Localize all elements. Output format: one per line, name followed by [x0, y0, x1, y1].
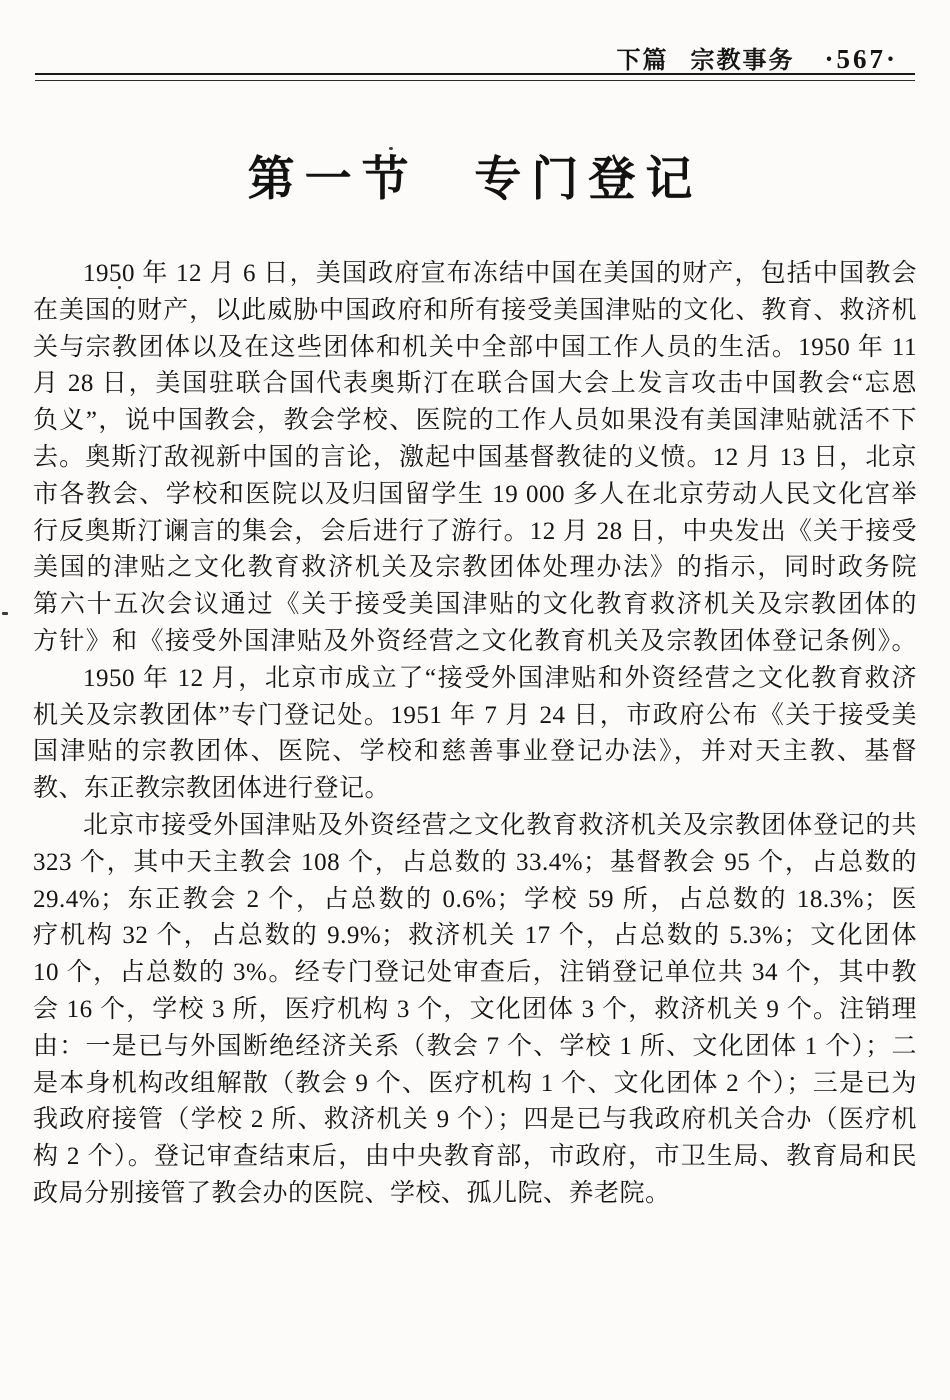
- text-line: 市各教会、学校和医院以及归国留学生 19 000 多人在北京劳动人民文化宫举: [33, 477, 917, 514]
- section-title-number: 第一节: [248, 154, 419, 206]
- text-line: 机关及宗教团体”专门登记处。1951 年 7 月 24 日，市政府公布《关于接受…: [33, 698, 917, 735]
- header-rule: [35, 73, 915, 81]
- text-line: 构 2 个）。登记审查结束后，由中央教育部，市政府，市卫生局、教育局和民: [33, 1139, 917, 1176]
- header-part-label: 下篇: [616, 40, 668, 75]
- text-line: 由：一是已与外国断绝经济关系（教会 7 个、学校 1 所、文化团体 1 个）；二: [33, 1029, 917, 1066]
- section-title: 第一节 专门登记: [0, 142, 950, 209]
- text-line: 关与宗教团体以及在这些团体和机关中全部中国工作人员的生活。1950 年 11: [33, 330, 917, 367]
- text-line: 会 16 个，学校 3 所，医疗机构 3 个，文化团体 3 个，救济机关 9 个…: [33, 992, 917, 1029]
- text-line: 是本身机构改组解散（教会 9 个、医疗机构 1 个、文化团体 2 个）；三是已为: [33, 1066, 917, 1103]
- text-line: 疗机构 32 个，占总数的 9.9%；救济机关 17 个，占总数的 5.3%；文…: [33, 918, 917, 955]
- book-page: 下篇 宗教事务 ·567· 第一节 专门登记 1950 年 12 月 6 日，美…: [0, 0, 950, 1400]
- text-line: 教、东正教宗教团体进行登记。: [33, 771, 917, 808]
- text-line: 1950 年 12 月，北京市成立了“接受外国津贴和外资经营之文化教育救济: [33, 661, 917, 698]
- text-line: 行反奥斯汀谰言的集会，会后进行了游行。12 月 28 日，中央发出《关于接受: [33, 514, 917, 551]
- section-title-text: 专门登记: [474, 154, 702, 206]
- header-page-number: ·567·: [824, 44, 898, 75]
- text-line: 29.4%；东正教会 2 个，占总数的 0.6%；学校 59 所，占总数的 18…: [33, 882, 917, 919]
- scan-speck: [118, 286, 121, 289]
- text-line: 第六十五次会议通过《关于接受美国津贴的文化教育救济机关及宗教团体的: [33, 587, 917, 624]
- scan-speck: [389, 147, 393, 150]
- text-line: 323 个，其中天主教会 108 个，占总数的 33.4%；基督教会 95 个，…: [33, 845, 917, 882]
- body-text: 1950 年 12 月 6 日，美国政府宣布冻结中国在美国的财产，包括中国教会 …: [33, 256, 917, 1213]
- text-line: 在美国的财产，以此威胁中国政府和所有接受美国津贴的文化、教育、救济机: [33, 293, 917, 330]
- header-section-label: 宗教事务: [690, 40, 794, 75]
- scan-speck: [2, 612, 8, 615]
- text-line: 1950 年 12 月 6 日，美国政府宣布冻结中国在美国的财产，包括中国教会: [33, 256, 917, 293]
- text-line: 去。奥斯汀敌视新中国的言论，激起中国基督教徒的义愤。12 月 13 日，北京: [33, 440, 917, 477]
- text-line: 美国的津贴之文化教育救济机关及宗教团体处理办法》的指示，同时政务院: [33, 550, 917, 587]
- text-line: 北京市接受外国津贴及外资经营之文化教育救济机关及宗教团体登记的共: [33, 808, 917, 845]
- text-line: 我政府接管（学校 2 所、救济机关 9 个）；四是已与我政府机关合办（医疗机: [33, 1102, 917, 1139]
- text-line: 负义”，说中国教会，教会学校、医院的工作人员如果没有美国津贴就活不下: [33, 403, 917, 440]
- text-line: 方针》和《接受外国津贴及外资经营之文化教育机关及宗教团体登记条例》。: [33, 624, 917, 661]
- text-line: 月 28 日，美国驻联合国代表奥斯汀在联合国大会上发言攻击中国教会“忘恩: [33, 366, 917, 403]
- running-header: 下篇 宗教事务 ·567·: [0, 40, 898, 75]
- text-line: 10 个，占总数的 3%。经专门登记处审查后，注销登记单位共 34 个，其中教: [33, 955, 917, 992]
- text-line: 政局分别接管了教会办的医院、学校、孤儿院、养老院。: [33, 1176, 917, 1213]
- text-line: 国津贴的宗教团体、医院、学校和慈善事业登记办法》，并对天主教、基督: [33, 734, 917, 771]
